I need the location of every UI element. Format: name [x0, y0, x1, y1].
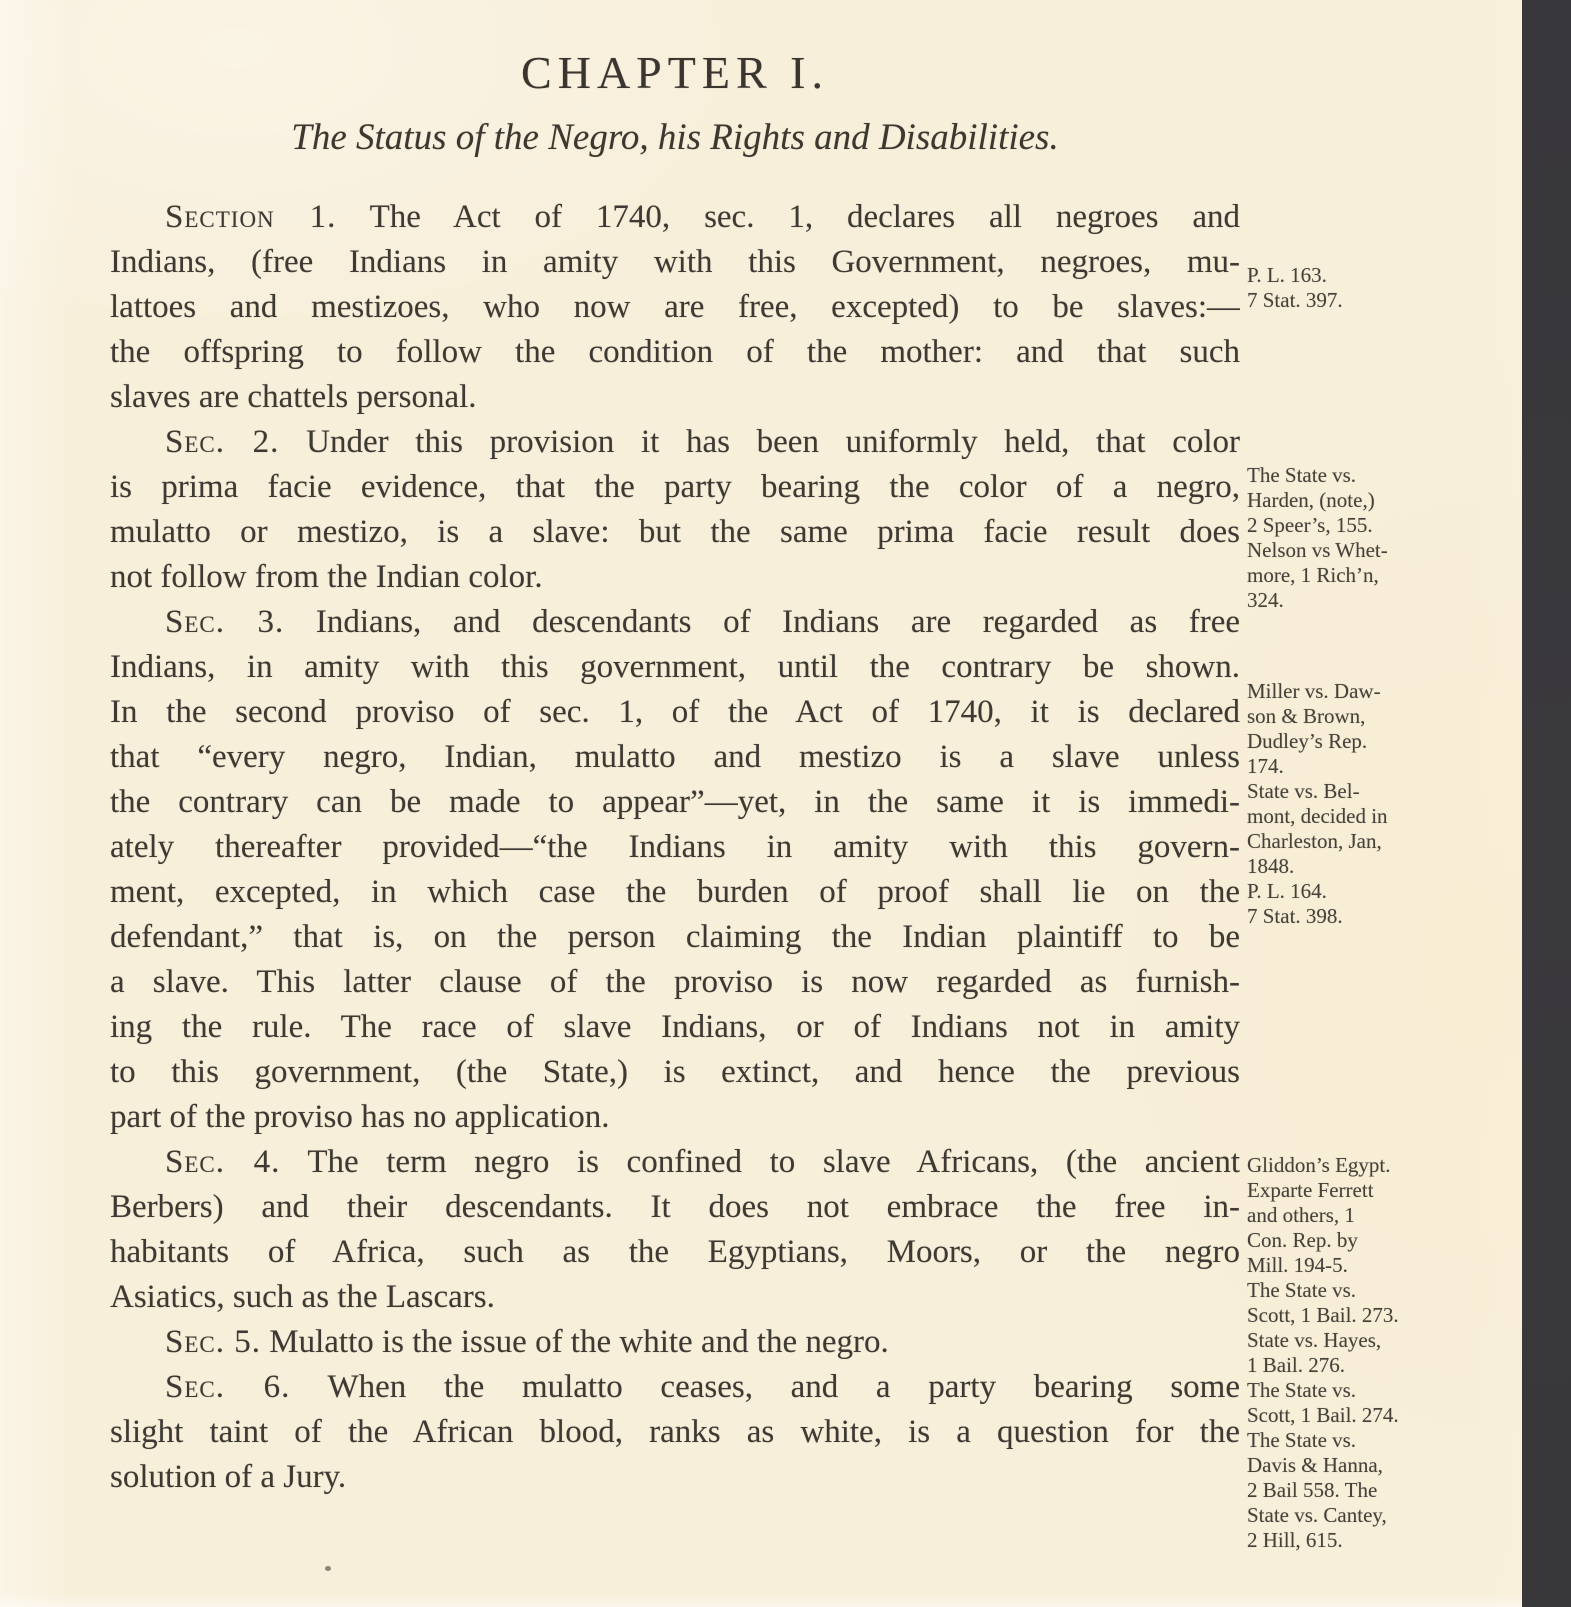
body-line-text: Under this provision it has been uniform…: [306, 424, 1240, 460]
body-line-text: Mulatto is the issue of the white and th…: [269, 1324, 889, 1360]
margin-note-line: Gliddon’s Egypt.: [1247, 1153, 1527, 1178]
margin-note-line: 2 Hill, 615.: [1247, 1528, 1527, 1553]
body-line: is prima facie evidence, that the party …: [110, 465, 1240, 510]
body-line-text: Indians, and descendants of Indians are …: [316, 604, 1240, 640]
chapter-subtitle: The Status of the Negro, his Rights and …: [110, 116, 1240, 159]
body-line: a slave. This latter clause of the provi…: [110, 960, 1240, 1005]
section-label: Sec. 3.: [165, 604, 284, 640]
section-3-paragraph: Sec. 3. Indians, and descendants of Indi…: [110, 600, 1240, 1140]
margin-note-line: 1 Bail. 276.: [1247, 1353, 1527, 1378]
body-line: Sec. 3. Indians, and descendants of Indi…: [110, 600, 1240, 645]
margin-note-line: Scott, 1 Bail. 274.: [1247, 1403, 1527, 1428]
body-line: slaves are chattels personal.: [110, 375, 1240, 420]
margin-note-line: The State vs.: [1247, 1378, 1527, 1403]
body-line: Berbers) and their descendants. It does …: [110, 1185, 1240, 1230]
margin-note-line: 324.: [1247, 588, 1527, 613]
section-1-paragraph: Section 1. The Act of 1740, sec. 1, decl…: [110, 195, 1240, 420]
margin-note-line: Con. Rep. by: [1247, 1228, 1527, 1253]
body-line: slight taint of the African blood, ranks…: [110, 1410, 1240, 1455]
body-line: Section 1. The Act of 1740, sec. 1, decl…: [110, 195, 1240, 240]
body-line-text: When the mulatto ceases, and a party bea…: [328, 1369, 1241, 1405]
body-line: Indians, in amity with this government, …: [110, 645, 1240, 690]
body-line: Sec. 2. Under this provision it has been…: [110, 420, 1240, 465]
page-bottom-edge: [0, 1593, 1522, 1607]
body-line: ing the rule. The race of slave Indians,…: [110, 1005, 1240, 1050]
margin-note-line: State vs. Cantey,: [1247, 1503, 1527, 1528]
body-line: to this government, (the State,) is exti…: [110, 1050, 1240, 1095]
body-line: mulatto or mestizo, is a slave: but the …: [110, 510, 1240, 555]
margin-note-line: 7 Stat. 398.: [1247, 904, 1527, 929]
body-line: habitants of Africa, such as the Egyptia…: [110, 1230, 1240, 1275]
body-line: ately thereafter provided—“the Indians i…: [110, 825, 1240, 870]
body-line: Sec. 4. The term negro is confined to sl…: [110, 1140, 1240, 1185]
margin-note-line: The State vs.: [1247, 1278, 1527, 1303]
margin-note-cases-sec4-6: Gliddon’s Egypt. Exparte Ferrett and oth…: [1247, 1153, 1527, 1553]
margin-note-line: Davis & Hanna,: [1247, 1453, 1527, 1478]
margin-note-line: State vs. Hayes,: [1247, 1328, 1527, 1353]
margin-note-cases-sec3: Miller vs. Daw- son & Brown, Dudley’s Re…: [1247, 679, 1527, 929]
margin-note-line: mont, decided in: [1247, 804, 1527, 829]
body-line: that “every negro, Indian, mulatto and m…: [110, 735, 1240, 780]
margin-note-line: 1848.: [1247, 854, 1527, 879]
section-label: Sec. 2.: [165, 424, 279, 460]
margin-note-line: State vs. Bel-: [1247, 779, 1527, 804]
body-text-column: Section 1. The Act of 1740, sec. 1, decl…: [110, 195, 1240, 1500]
body-line-text: The Act of 1740, sec. 1, declares all ne…: [370, 199, 1240, 235]
margin-note-line: Harden, (note,): [1247, 488, 1527, 513]
margin-note-statute-sec1: P. L. 163. 7 Stat. 397.: [1247, 263, 1527, 313]
margin-note-line: P. L. 163.: [1247, 263, 1527, 288]
body-line: the contrary can be made to appear”—yet,…: [110, 780, 1240, 825]
margin-note-line: Exparte Ferrett: [1247, 1178, 1527, 1203]
body-line: Sec. 6. When the mulatto ceases, and a p…: [110, 1365, 1240, 1410]
margin-note-line: 2 Bail 558. The: [1247, 1478, 1527, 1503]
ink-speck: [325, 1566, 331, 1571]
margin-note-line: 7 Stat. 397.: [1247, 288, 1527, 313]
margin-note-line: 2 Speer’s, 155.: [1247, 513, 1527, 538]
margin-note-line: 174.: [1247, 754, 1527, 779]
body-line: defendant,” that is, on the person claim…: [110, 915, 1240, 960]
section-4-paragraph: Sec. 4. The term negro is confined to sl…: [110, 1140, 1240, 1320]
section-label: Sec. 6.: [165, 1369, 290, 1405]
body-line: lattoes and mestizoes, who now are free,…: [110, 285, 1240, 330]
margin-note-line: P. L. 164.: [1247, 879, 1527, 904]
body-line: Indians, (free Indians in amity with thi…: [110, 240, 1240, 285]
margin-note-line: son & Brown,: [1247, 704, 1527, 729]
section-label: Section 1.: [165, 199, 336, 235]
margin-note-line: The State vs.: [1247, 463, 1527, 488]
section-2-paragraph: Sec. 2. Under this provision it has been…: [110, 420, 1240, 600]
section-label: Sec. 5.: [165, 1324, 261, 1360]
margin-note-cases-sec2: The State vs. Harden, (note,) 2 Speer’s,…: [1247, 463, 1527, 613]
scan-edge-strip: [1522, 0, 1571, 1607]
section-6-paragraph: Sec. 6. When the mulatto ceases, and a p…: [110, 1365, 1240, 1500]
body-line: part of the proviso has no application.: [110, 1095, 1240, 1140]
margin-note-line: Dudley’s Rep.: [1247, 729, 1527, 754]
margin-note-line: The State vs.: [1247, 1428, 1527, 1453]
body-line: In the second proviso of sec. 1, of the …: [110, 690, 1240, 735]
margin-note-line: Charleston, Jan,: [1247, 829, 1527, 854]
margin-note-line: and others, 1: [1247, 1203, 1527, 1228]
margin-note-line: Scott, 1 Bail. 273.: [1247, 1303, 1527, 1328]
margin-note-line: more, 1 Rich’n,: [1247, 563, 1527, 588]
margin-note-line: Mill. 194-5.: [1247, 1253, 1527, 1278]
body-line: ment, excepted, in which case the burden…: [110, 870, 1240, 915]
section-5-paragraph: Sec. 5. Mulatto is the issue of the whit…: [110, 1320, 1240, 1365]
margin-note-line: Nelson vs Whet-: [1247, 538, 1527, 563]
chapter-heading: CHAPTER I.: [110, 46, 1240, 99]
body-line: not follow from the Indian color.: [110, 555, 1240, 600]
body-line-text: The term negro is confined to slave Afri…: [307, 1144, 1240, 1180]
body-line: Asiatics, such as the Lascars.: [110, 1275, 1240, 1320]
section-label: Sec. 4.: [165, 1144, 280, 1180]
margin-note-line: Miller vs. Daw-: [1247, 679, 1527, 704]
body-line: Sec. 5. Mulatto is the issue of the whit…: [110, 1320, 1240, 1365]
body-line: solution of a Jury.: [110, 1455, 1240, 1500]
body-line: the offspring to follow the condition of…: [110, 330, 1240, 375]
book-page: CHAPTER I. The Status of the Negro, his …: [0, 0, 1571, 1607]
